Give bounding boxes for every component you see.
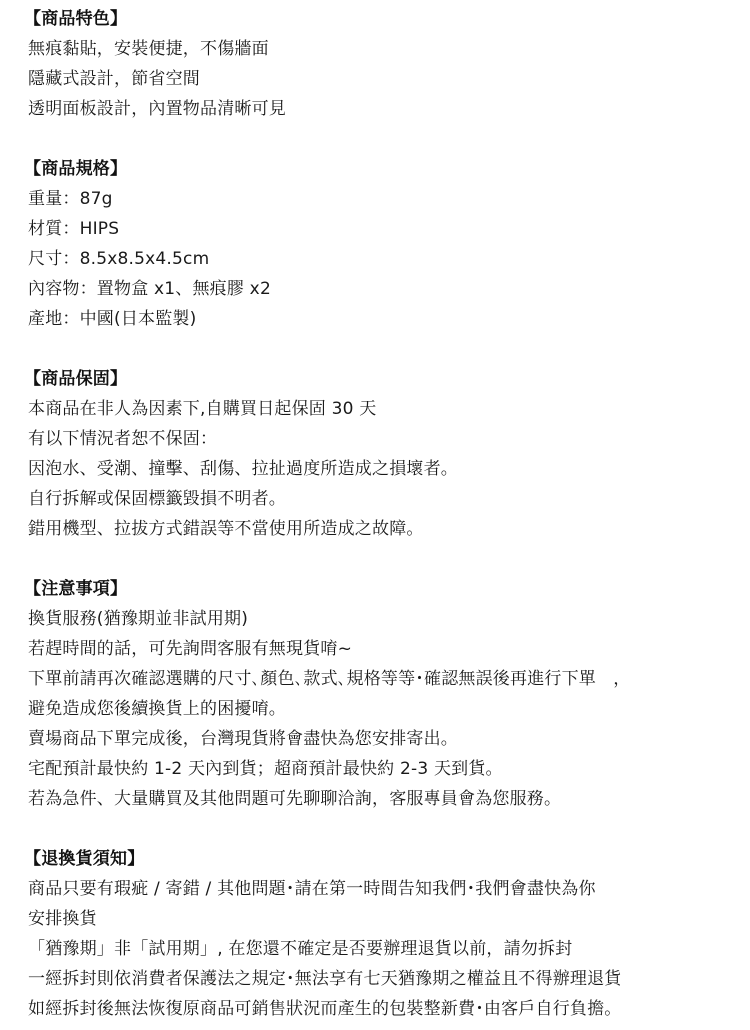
text-line: 換貨服務(猶豫期並非試用期) [28,604,750,634]
section-heading: 【退換貨須知】 [24,844,750,874]
product-description: 【商品特色】 無痕黏貼，安裝便捷，不傷牆面 隱藏式設計，節省空間 透明面板設計，… [0,0,750,1024]
text-line: 有以下情況者恕不保固： [28,424,750,454]
text-line: 內容物：置物盒 x1、無痕膠 x2 [28,274,750,304]
section-heading: 【注意事項】 [24,574,750,604]
section-notes: 【注意事項】 換貨服務(猶豫期並非試用期) 若趕時間的話，可先詢問客服有無現貨唷… [28,574,750,814]
text-line: 透明面板設計，內置物品清晰可見 [28,94,750,124]
text-line: 如經拆封後無法恢復原商品可銷售狀況而產生的包裝整新費･由客戶自行負擔。 [28,994,750,1024]
text-line: 無痕黏貼，安裝便捷，不傷牆面 [28,34,750,64]
text-line: 尺寸：8.5x8.5x4.5cm [28,244,750,274]
text-line: 安排換貨 [28,904,750,934]
section-specifications: 【商品規格】 重量：87g 材質：HIPS 尺寸：8.5x8.5x4.5cm 內… [28,154,750,334]
text-line: 產地：中國(日本監製) [28,304,750,334]
text-line: 自行拆解或保固標籤毀損不明者。 [28,484,750,514]
section-heading: 【商品保固】 [24,364,750,394]
text-line: 隱藏式設計，節省空間 [28,64,750,94]
text-line: 避免造成您後續換貨上的困擾唷。 [28,694,750,724]
text-line: 因泡水、受潮、撞擊、刮傷、拉扯過度所造成之損壞者。 [28,454,750,484]
text-line: 錯用機型、拉拔方式錯誤等不當使用所造成之故障。 [28,514,750,544]
text-line: 材質：HIPS [28,214,750,244]
text-line: 「猶豫期」非「試用期」, 在您還不確定是否要辦理退貨以前，請勿拆封 [28,934,750,964]
text-line: 若趕時間的話，可先詢問客服有無現貨唷~ [28,634,750,664]
text-line: 下單前請再次確認選購的尺寸､顏色､款式､規格等等･確認無誤後再進行下單 ， [28,664,750,694]
section-features: 【商品特色】 無痕黏貼，安裝便捷，不傷牆面 隱藏式設計，節省空間 透明面板設計，… [28,4,750,124]
text-line: 若為急件、大量購買及其他問題可先聊聊洽詢，客服專員會為您服務。 [28,784,750,814]
section-heading: 【商品特色】 [24,4,750,34]
section-returns: 【退換貨須知】 商品只要有瑕疵 / 寄錯 / 其他問題･請在第一時間告知我們･我… [28,844,750,1024]
text-line: 一經拆封則依消費者保護法之規定･無法享有七天猶豫期之權益且不得辦理退貨 [28,964,750,994]
section-heading: 【商品規格】 [24,154,750,184]
text-line: 賣場商品下單完成後，台灣現貨將會盡快為您安排寄出。 [28,724,750,754]
section-warranty: 【商品保固】 本商品在非人為因素下,自購買日起保固 30 天 有以下情況者恕不保… [28,364,750,544]
text-line: 宅配預計最快約 1-2 天內到貨；超商預計最快約 2-3 天到貨。 [28,754,750,784]
text-line: 本商品在非人為因素下,自購買日起保固 30 天 [28,394,750,424]
text-line: 重量：87g [28,184,750,214]
text-line: 商品只要有瑕疵 / 寄錯 / 其他問題･請在第一時間告知我們･我們會盡快為你 [28,874,750,904]
